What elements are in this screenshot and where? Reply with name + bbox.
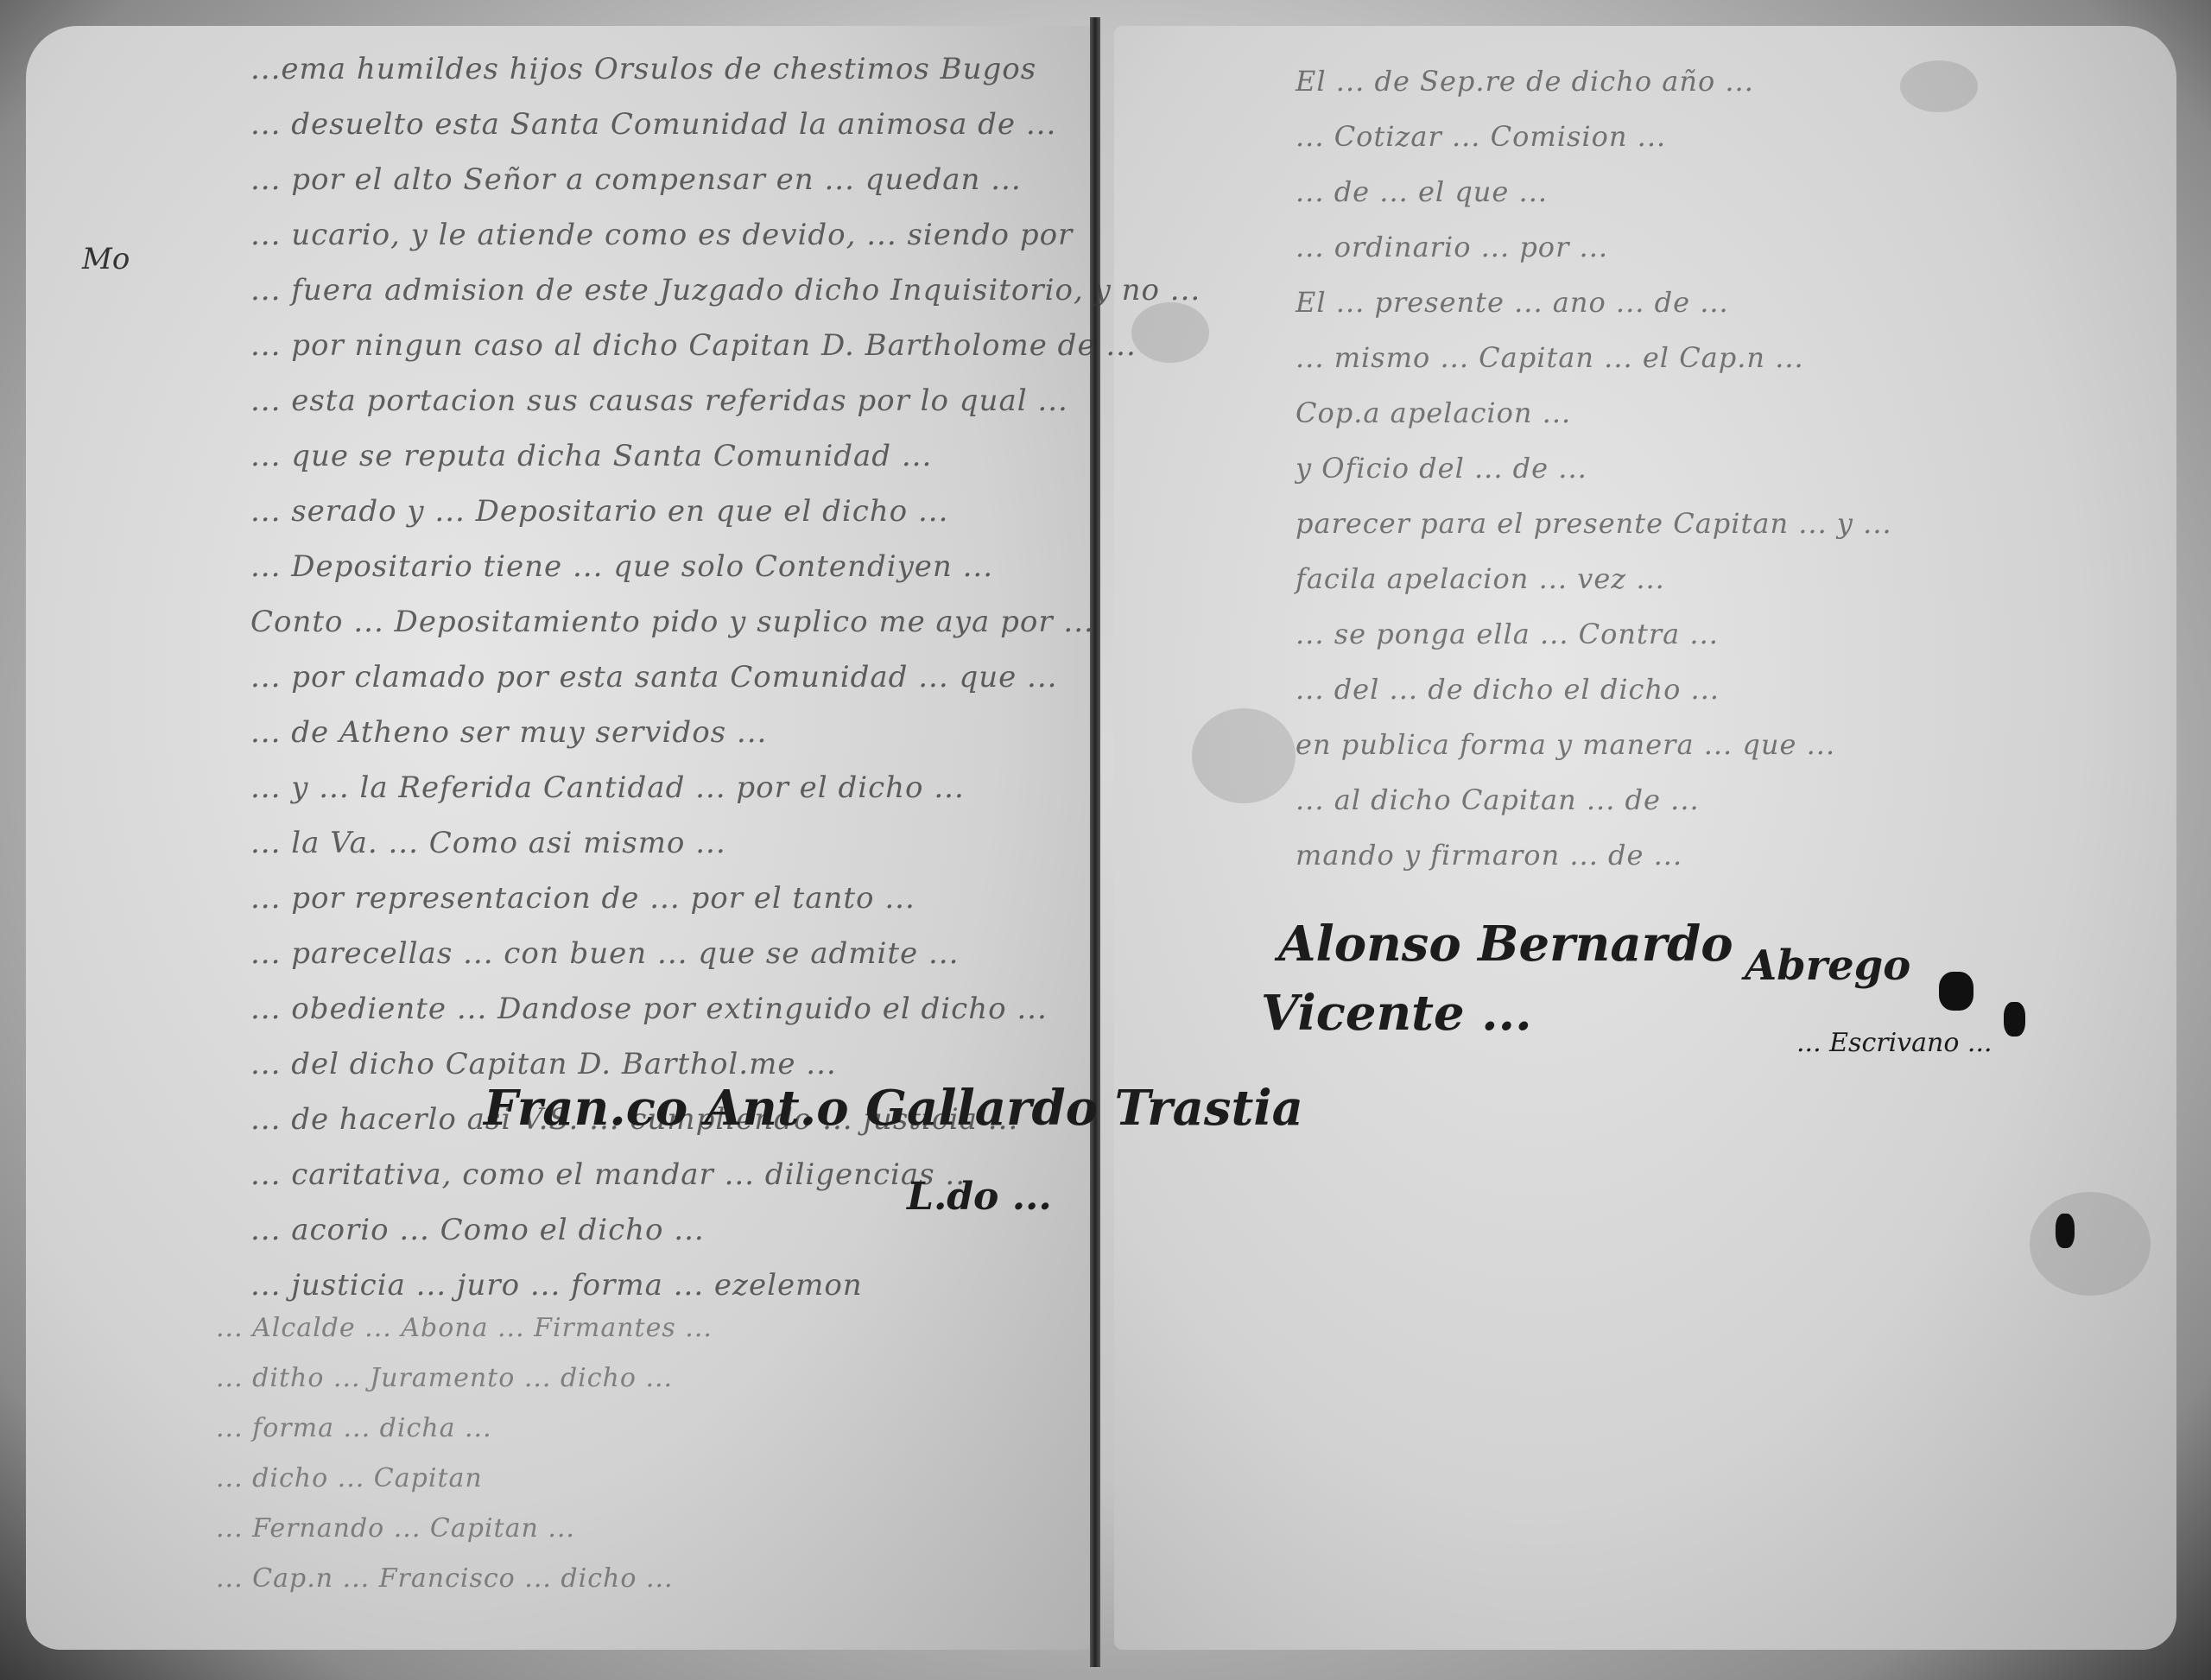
ink-blot <box>1939 972 1973 1011</box>
ink-blot <box>2056 1214 2075 1248</box>
text-line: ... al dicho Capitan ... de ... <box>1296 783 1892 839</box>
text-line: El ... de Sep.re de dicho año ... <box>1296 65 1892 120</box>
text-line: ... mismo ... Capitan ... el Cap.n ... <box>1296 341 1892 396</box>
stain <box>1900 60 1978 112</box>
text-line: parecer para el presente Capitan ... y .… <box>1296 507 1892 562</box>
text-line: ... Depositario tiene ... que solo Conte… <box>250 549 1201 605</box>
text-line: ... Cap.n ... Francisco ... dicho ... <box>216 1563 713 1613</box>
text-line: ... Alcalde ... Abona ... Firmantes ... <box>216 1313 713 1363</box>
text-line: ... dicho ... Capitan <box>216 1463 713 1513</box>
text-line: ... que se reputa dicha Santa Comunidad … <box>250 439 1201 494</box>
signature: Fran.co Ant.o Gallardo Trastia <box>484 1080 1303 1137</box>
right-page-text: El ... de Sep.re de dicho año ... ... Co… <box>1296 65 1892 894</box>
signature: Abrego <box>1745 941 1910 990</box>
text-line: ... ordinario ... por ... <box>1296 231 1892 286</box>
text-line: mando y firmaron ... de ... <box>1296 839 1892 894</box>
text-line: ... obediente ... Dandose por extinguido… <box>250 992 1201 1047</box>
text-line: ... por clamado por esta santa Comunidad… <box>250 660 1201 715</box>
text-line: Cop.a apelacion ... <box>1296 396 1892 452</box>
text-line: ... se ponga ella ... Contra ... <box>1296 618 1892 673</box>
text-line: ... la Va. ... Como asi mismo ... <box>250 826 1201 881</box>
text-line: y Oficio del ... de ... <box>1296 452 1892 507</box>
text-line: ... de ... el que ... <box>1296 175 1892 231</box>
text-line: ... serado y ... Depositario en que el d… <box>250 494 1201 549</box>
text-line: ... parecellas ... con buen ... que se a… <box>250 936 1201 992</box>
left-page-lower-text: ... Alcalde ... Abona ... Firmantes ... … <box>216 1313 713 1613</box>
stain <box>2030 1192 2151 1296</box>
text-line: ... caritativa, como el mandar ... dilig… <box>250 1157 1201 1213</box>
text-line: ... desuelto esta Santa Comunidad la ani… <box>250 107 1201 162</box>
text-line: ... por representacion de ... por el tan… <box>250 881 1201 936</box>
text-line: en publica forma y manera ... que ... <box>1296 728 1892 783</box>
text-line: ...ema humildes hijos Orsulos de chestim… <box>250 52 1201 107</box>
text-line: ... esta portacion sus causas referidas … <box>250 384 1201 439</box>
text-line: ... Cotizar ... Comision ... <box>1296 120 1892 175</box>
signature: Vicente ... <box>1261 985 1532 1042</box>
text-line: ... ucario, y le atiende como es devido,… <box>250 218 1201 273</box>
text-line: Conto ... Depositamiento pido y suplico … <box>250 605 1201 660</box>
text-line: ... de Atheno ser muy servidos ... <box>250 715 1201 770</box>
text-line: ... forma ... dicha ... <box>216 1413 713 1463</box>
ink-blot <box>2004 1002 2025 1037</box>
signature: Alonso Bernardo <box>1278 916 1733 973</box>
text-line: El ... presente ... ano ... de ... <box>1296 286 1892 341</box>
margin-note: Mo <box>82 242 130 276</box>
text-line: ... por ningun caso al dicho Capitan D. … <box>250 328 1201 384</box>
text-line: ... por el alto Señor a compensar en ...… <box>250 162 1201 218</box>
signature: L.do ... <box>907 1175 1052 1219</box>
text-line: ... ditho ... Juramento ... dicho ... <box>216 1363 713 1413</box>
stain <box>1192 708 1296 803</box>
text-line: ... y ... la Referida Cantidad ... por e… <box>250 770 1201 826</box>
text-line: facila apelacion ... vez ... <box>1296 562 1892 618</box>
text-line: ... del ... de dicho el dicho ... <box>1296 673 1892 728</box>
signature: ... Escrivano ... <box>1796 1028 1992 1058</box>
text-line: ... fuera admision de este Juzgado dicho… <box>250 273 1201 328</box>
text-line: ... acorio ... Como el dicho ... <box>250 1213 1201 1268</box>
text-line: ... Fernando ... Capitan ... <box>216 1513 713 1563</box>
